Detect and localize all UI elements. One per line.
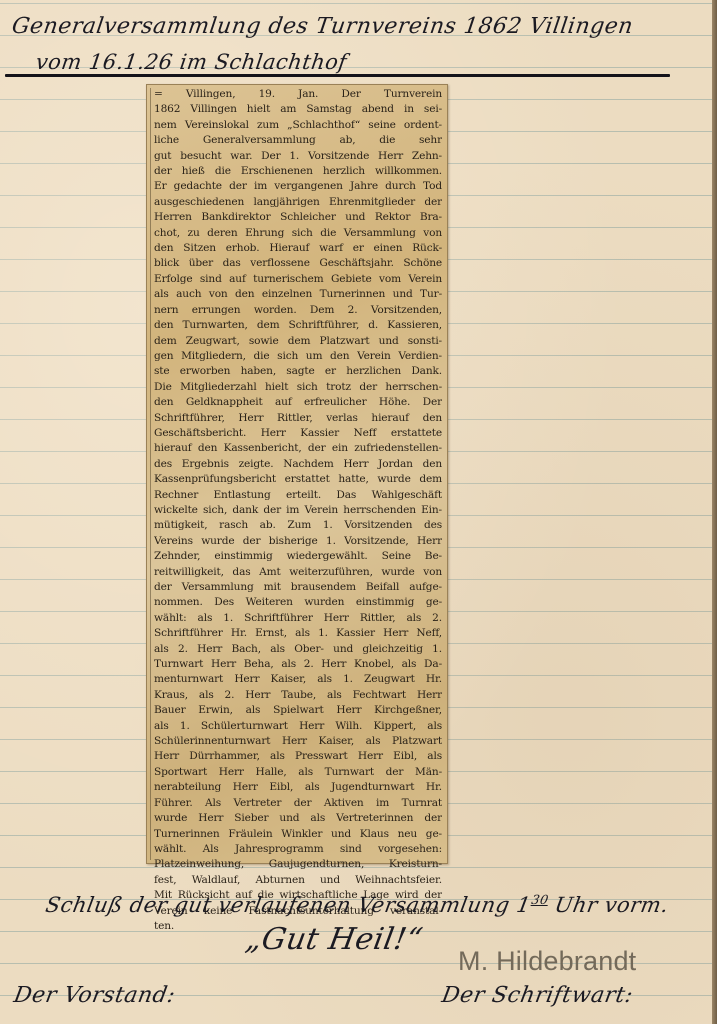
clipping-line: Platzeinweihung, Gaujugendturnen, Kreist…: [154, 857, 442, 872]
clipping-line: Herr Dürrhammer, als Presswart Herr Eibl…: [154, 749, 442, 764]
clipping-line: Kassenprüfungsbericht erstattet hatte, w…: [154, 472, 442, 487]
heading-line-1: Generalversammlung des Turnvereins 1862 …: [10, 14, 634, 39]
gut-heil-greeting: „Gut Heil!“: [243, 922, 426, 957]
clipping-line: = Villingen, 19. Jan. Der Turnverein: [154, 87, 442, 102]
clipping-line: chot, zu deren Ehrung sich die Versammlu…: [154, 226, 442, 241]
clipping-line: Geschäftsbericht. Herr Kassier Neff erst…: [154, 426, 442, 441]
clipping-line: als 1. Schülerturnwart Herr Wilh. Kipper…: [154, 719, 442, 734]
clipping-line: Schülerinnenturnwart Herr Kaiser, als Pl…: [154, 734, 442, 749]
clipping-line: ste erworben haben, sagte er herzlichen …: [154, 364, 442, 379]
clipping-line: Vereins wurde der bisherige 1. Vorsitzen…: [154, 534, 442, 549]
clipping-line: Die Mitgliederzahl hielt sich trotz der …: [154, 380, 442, 395]
clipping-line: nerabteilung Herr Eibl, als Jugendturnwa…: [154, 780, 442, 795]
clipping-line: Turnwart Herr Beha, als 2. Herr Knobel, …: [154, 657, 442, 672]
signature-label-secretary: Der Schriftwart:: [440, 983, 635, 1008]
clipping-line: Schriftführer Hr. Ernst, als 1. Kassier …: [154, 626, 442, 641]
clipping-line: Turnerinnen Fräulein Winkler und Klaus n…: [154, 827, 442, 842]
clipping-line: hierauf den Kassenbericht, der ein zufri…: [154, 441, 442, 456]
clipping-line: den Turnwarten, dem Schriftführer, d. Ka…: [154, 318, 442, 333]
clipping-line: der Versammlung mit brausendem Beifall a…: [154, 580, 442, 595]
heading-underline: [5, 74, 670, 77]
heading-line-2: vom 16.1.26 im Schlachthof: [34, 50, 348, 74]
page-binding-edge: [712, 0, 717, 1024]
clipping-line: mütigkeit, rasch ab. Zum 1. Vorsitzenden…: [154, 518, 442, 533]
newspaper-clipping: = Villingen, 19. Jan. Der Turnverein1862…: [146, 84, 448, 864]
clipping-line: nern errungen worden. Dem 2. Vorsitzende…: [154, 303, 442, 318]
signature-label-board: Der Vorstand:: [12, 983, 178, 1008]
clipping-line: wählt: als 1. Schriftführer Herr Rittler…: [154, 611, 442, 626]
clipping-line: menturnwart Herr Kaiser, als 1. Zeugwart…: [154, 672, 442, 687]
watermark: M. Hildebrandt: [458, 946, 636, 977]
clipping-line: 1862 Villingen hielt am Samstag abend in…: [154, 102, 442, 117]
clipping-line: Zehnder, einstimmig wiedergewählt. Seine…: [154, 549, 442, 564]
clipping-line: ausgeschiedenen langjährigen Ehrenmitgli…: [154, 195, 442, 210]
clipping-line: Sportwart Herr Halle, als Turnwart der M…: [154, 765, 442, 780]
clipping-line: reitwilligkeit, das Amt weiterzuführen, …: [154, 565, 442, 580]
closing-statement: Schluß der gut verlaufenen Versammlung 1…: [44, 892, 671, 917]
closing-text-pre: Schluß der gut verlaufenen Versammlung 1: [44, 893, 533, 917]
clipping-line: gut besucht war. Der 1. Vorsitzende Herr…: [154, 149, 442, 164]
clipping-line: wickelte sich, dank der im Verein herrsc…: [154, 503, 442, 518]
clipping-line: Herren Bankdirektor Schleicher und Rekto…: [154, 210, 442, 225]
clipping-line: Kraus, als 2. Herr Taube, als Fechtwart …: [154, 688, 442, 703]
clipping-line: Schriftführer, Herr Rittler, verlas hier…: [154, 411, 442, 426]
clipping-line: der hieß die Erschienenen herzlich willk…: [154, 164, 442, 179]
clipping-line: fest, Waldlauf, Abturnen und Weihnachtsf…: [154, 873, 442, 888]
clipping-line: wählt. Als Jahresprogramm sind vorgesehe…: [154, 842, 442, 857]
clipping-line: gen Mitgliedern, die sich um den Verein …: [154, 349, 442, 364]
clipping-text: = Villingen, 19. Jan. Der Turnverein1862…: [154, 87, 442, 934]
clipping-line: Erfolge sind auf turnerischem Gebiete vo…: [154, 272, 442, 287]
clipping-line: Rechner Entlastung erteilt. Das Wahlgesc…: [154, 488, 442, 503]
closing-text-post: Uhr vorm.: [546, 893, 671, 917]
clipping-line: nommen. Des Weiteren wurden einstimmig g…: [154, 595, 442, 610]
clipping-line: des Ergebnis zeigte. Nachdem Herr Jordan…: [154, 457, 442, 472]
clipping-line: den Sitzen erhob. Hierauf warf er einen …: [154, 241, 442, 256]
clipping-line: als 2. Herr Bach, als Ober- und gleichze…: [154, 642, 442, 657]
clipping-line: Er gedachte der im vergangenen Jahre dur…: [154, 179, 442, 194]
clipping-line: liche Generalversammlung ab, die sehr: [154, 133, 442, 148]
clipping-line: blick über das verflossene Geschäftsjahr…: [154, 256, 442, 271]
clipping-line: dem Zeugwart, sowie dem Platzwart und so…: [154, 334, 442, 349]
clipping-line: Bauer Erwin, als Spielwart Herr Kirchgeß…: [154, 703, 442, 718]
clipping-line: wurde Herr Sieber und als Vertreterinnen…: [154, 811, 442, 826]
clipping-line: nem Vereinslokal zum „Schlachthof“ seine…: [154, 118, 442, 133]
clipping-line: als auch von den einzelnen Turnerinnen u…: [154, 287, 442, 302]
clipping-line: den Geldknappheit auf erfreulicher Höhe.…: [154, 395, 442, 410]
notebook-page: Generalversammlung des Turnvereins 1862 …: [0, 0, 712, 1024]
clipping-line: Führer. Als Vertreter der Aktiven im Tur…: [154, 796, 442, 811]
